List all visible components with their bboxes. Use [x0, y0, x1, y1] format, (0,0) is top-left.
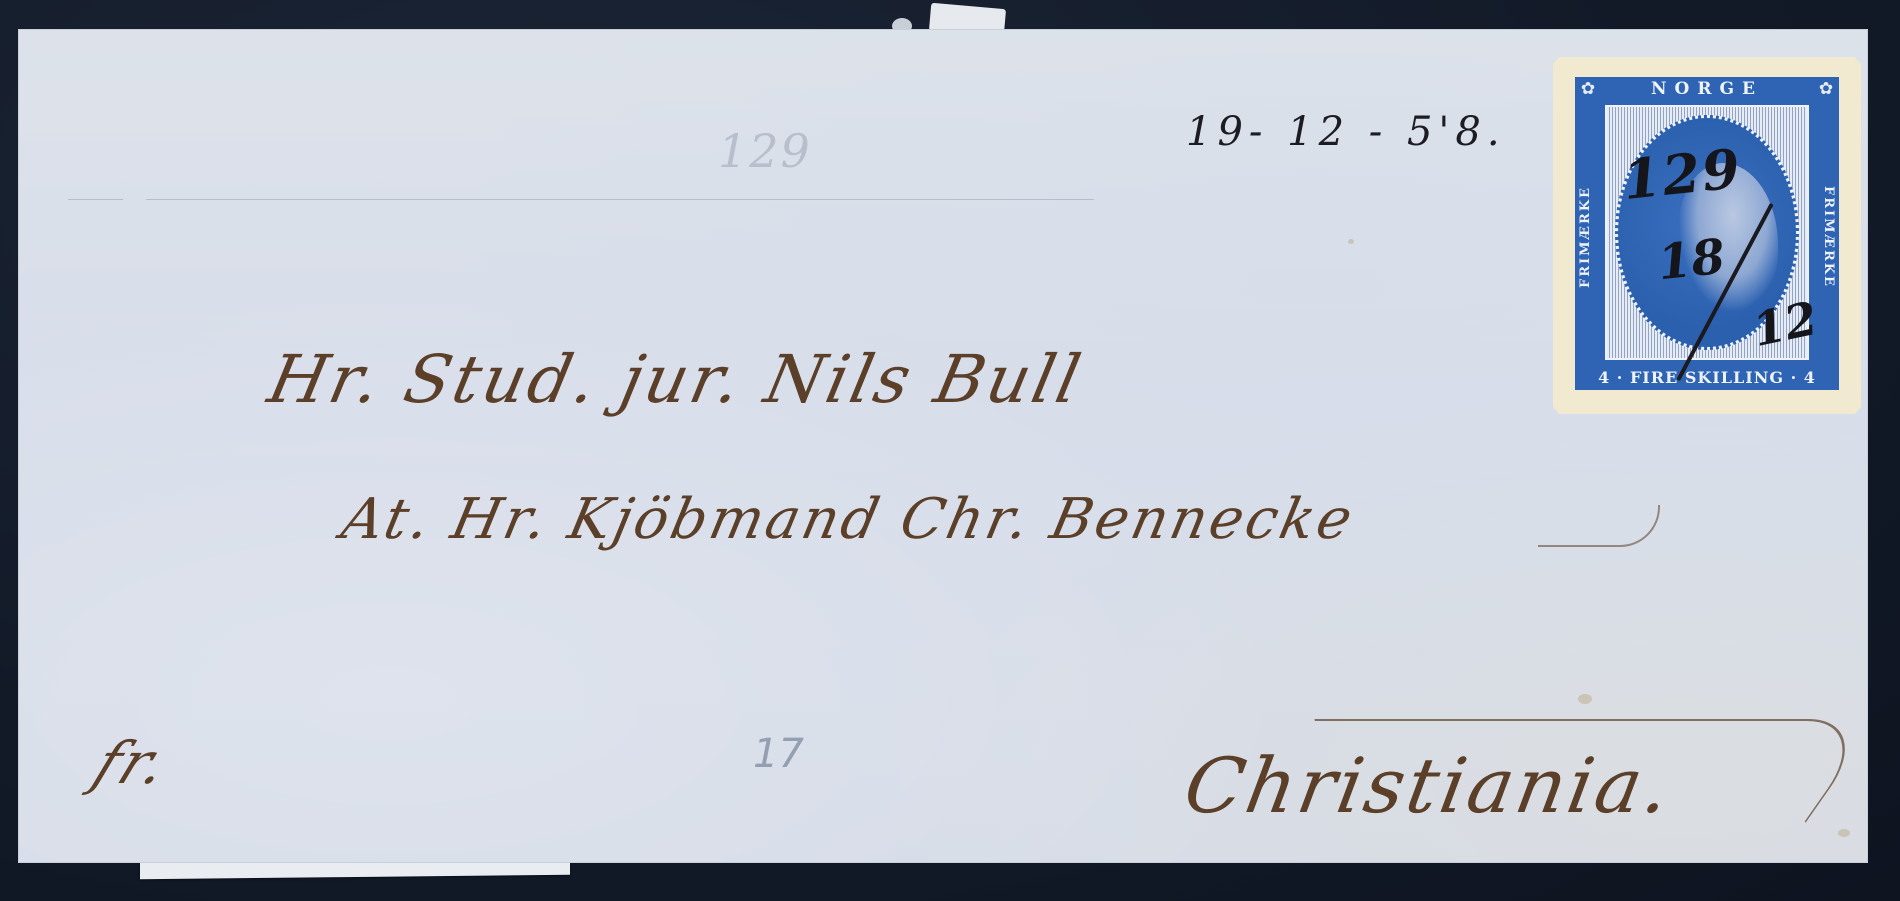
- flourish: [1242, 719, 1879, 823]
- manuscript-cancel-day: 18: [1655, 229, 1727, 292]
- stamp-denomination: 4 · FIRE SKILLING · 4: [1575, 368, 1839, 387]
- pencil-number: 17: [753, 731, 804, 777]
- ruled-line: [146, 199, 1094, 200]
- flourish: [1538, 505, 1660, 547]
- foxing-spot: [1578, 694, 1592, 704]
- postage-stamp: ✿ ✿ NORGE FRIMÆRKE FRIMÆRKE 4 · FIRE SKI…: [1553, 57, 1861, 414]
- foxing-spot: [1348, 239, 1354, 244]
- franco-mark: fr.: [84, 729, 182, 797]
- foxing-spot: [1838, 829, 1850, 837]
- stamp-country: NORGE: [1575, 79, 1839, 99]
- faint-pencil-number: 129: [718, 124, 812, 178]
- manuscript-cancel-number: 129: [1620, 136, 1745, 212]
- date-annotation: 19- 12 - 5'8.: [1186, 109, 1506, 155]
- address-line-recipient: Hr. Stud. jur. Nils Bull: [262, 341, 1090, 418]
- stamp-side-text-left: FRIMÆRKE: [1578, 137, 1604, 337]
- address-line-care-of: At. Hr. Kjöbmand Chr. Bennecke: [336, 487, 1361, 552]
- ruled-line: [68, 199, 123, 200]
